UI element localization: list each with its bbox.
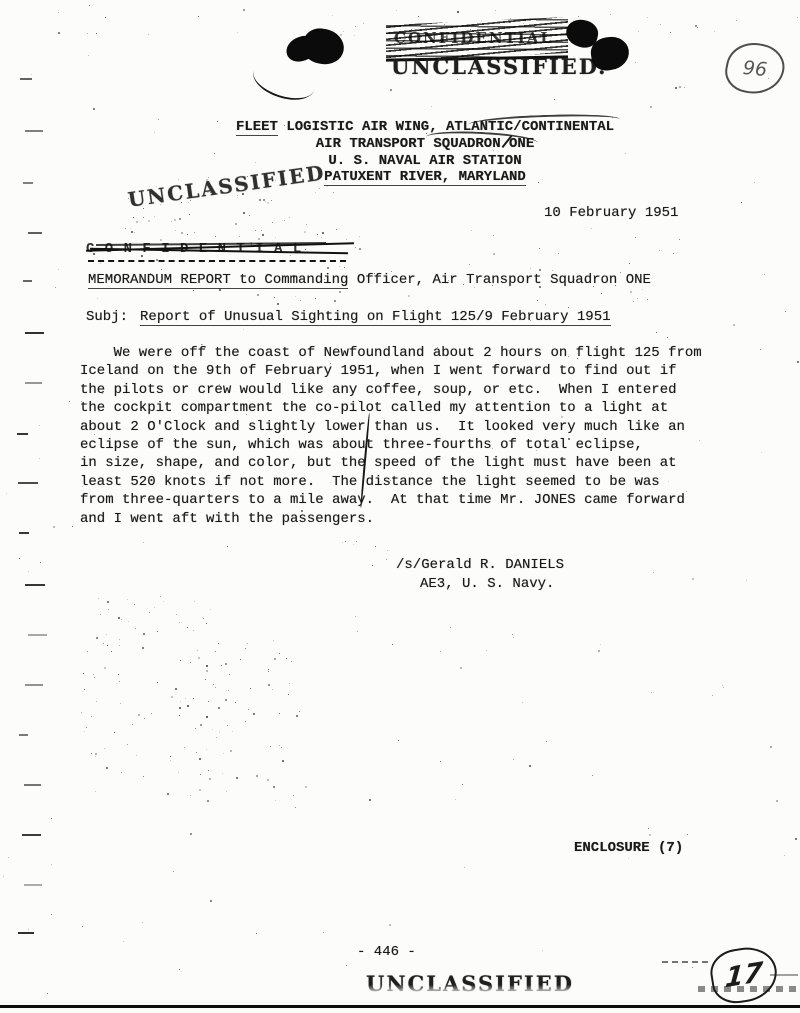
subject-label: Subj:: [86, 309, 128, 325]
scan-noise-speck: [675, 87, 677, 89]
scan-noise-speck: [31, 74, 32, 75]
scan-noise-speck: [633, 301, 634, 302]
scan-noise-speck: [213, 684, 214, 685]
scan-noise-speck: [554, 99, 555, 100]
scan-noise-speck: [243, 212, 245, 214]
scan-noise-speck: [72, 526, 73, 527]
scan-noise-speck: [372, 565, 373, 566]
scan-noise-speck: [281, 747, 282, 748]
handwritten-circle-mark-top: 96: [722, 38, 789, 99]
scan-noise-speck: [235, 702, 236, 703]
scan-noise-speck: [495, 10, 496, 11]
scan-noise-speck: [160, 596, 161, 597]
scan-noise-speck: [628, 858, 629, 859]
scan-noise-speck: [53, 526, 55, 528]
scan-noise-speck: [119, 639, 120, 640]
scan-noise-speck: [512, 634, 513, 635]
scan-noise-speck: [315, 192, 316, 193]
margin-dash: [19, 734, 28, 736]
scan-noise-speck: [123, 941, 124, 942]
margin-dash: [24, 884, 42, 886]
scan-noise-speck: [47, 993, 48, 994]
scan-noise-speck: [206, 749, 207, 750]
scan-noise-speck: [345, 541, 346, 542]
scan-noise-speck: [322, 232, 324, 234]
scan-noise-speck: [355, 26, 356, 27]
scan-noise-speck: [279, 653, 280, 654]
scan-noise-speck: [440, 761, 441, 762]
scan-noise-speck: [486, 650, 487, 651]
scan-noise-speck: [81, 712, 82, 713]
scan-noise-speck: [375, 546, 376, 547]
scan-noise-speck: [539, 248, 540, 249]
scan-noise-speck: [200, 724, 202, 726]
scan-noise-speck: [151, 713, 152, 714]
scan-noise-speck: [660, 24, 661, 25]
scan-noise-speck: [82, 926, 83, 927]
scan-noise-speck: [255, 230, 256, 231]
text-line: in size, shape, and color, but the speed…: [80, 454, 702, 472]
scan-noise-speck: [107, 601, 109, 603]
unclassified-stamp-top: UNCLASSIFIED.: [391, 54, 608, 79]
scan-noise-speck: [190, 795, 191, 796]
scan-noise-speck: [736, 20, 737, 21]
scan-noise-speck: [369, 799, 371, 801]
scan-noise-speck: [218, 643, 219, 644]
scan-noise-speck: [125, 228, 126, 229]
scan-noise-speck: [203, 618, 204, 619]
scan-noise-speck: [58, 12, 59, 13]
scan-noise-speck: [179, 218, 181, 220]
scan-noise-speck: [291, 661, 292, 662]
scan-noise-speck: [210, 900, 212, 902]
scan-noise-speck: [104, 748, 105, 749]
scan-noise-speck: [28, 929, 29, 930]
scan-noise-speck: [100, 614, 101, 615]
scan-noise-speck: [142, 647, 144, 649]
scan-noise-speck: [418, 16, 419, 17]
scan-noise-speck: [339, 291, 341, 293]
scan-noise-speck: [784, 855, 785, 856]
scan-noise-speck: [209, 778, 211, 780]
scan-noise-speck: [179, 622, 180, 623]
scan-noise-speck: [289, 217, 290, 218]
scan-noise-speck: [286, 658, 287, 659]
scan-noise-speck: [273, 640, 274, 641]
scan-noise-speck: [103, 643, 104, 644]
scan-noise-speck: [356, 541, 357, 542]
scan-noise-speck: [692, 967, 693, 968]
scan-noise-speck: [131, 231, 133, 233]
scan-noise-speck: [55, 287, 56, 288]
scan-noise-speck: [578, 16, 579, 17]
scan-noise-speck: [243, 329, 244, 330]
scan-noise-speck: [327, 186, 328, 187]
scan-noise-speck: [128, 621, 129, 622]
scan-noise-speck: [558, 253, 559, 254]
scan-noise-speck: [210, 609, 211, 610]
scan-noise-speck: [257, 294, 259, 296]
margin-dash: [17, 433, 28, 435]
scan-noise-speck: [219, 732, 220, 733]
scan-noise-speck: [687, 834, 688, 835]
scan-noise-speck: [795, 838, 797, 840]
text-line: the pilots or crew would like any coffee…: [80, 381, 702, 399]
scan-noise-speck: [754, 182, 755, 183]
scan-noise-speck: [190, 833, 192, 835]
scan-noise-speck: [387, 550, 388, 551]
scan-noise-speck: [785, 311, 786, 312]
scan-noise-speck: [132, 724, 133, 725]
scan-noise-speck: [187, 627, 188, 628]
ink-smear: [248, 53, 320, 107]
scan-noise-speck: [3, 876, 4, 877]
scan-noise-speck: [83, 673, 84, 674]
letterhead-unit: FLEET: [236, 119, 278, 136]
scan-noise-speck: [546, 741, 547, 742]
scan-noise-speck: [84, 689, 85, 690]
margin-dash: [25, 130, 43, 132]
scan-noise-speck: [513, 637, 514, 638]
scan-noise-speck: [323, 932, 324, 933]
scan-noise-speck: [119, 645, 120, 646]
scan-noise-speck: [248, 709, 249, 710]
scan-noise-speck: [692, 578, 694, 580]
dashed-underline: [88, 260, 346, 262]
scan-noise-speck: [247, 643, 248, 644]
scan-noise-speck: [746, 580, 747, 581]
scan-noise-speck: [195, 728, 196, 729]
margin-dash: [25, 584, 45, 586]
scan-noise-speck: [277, 303, 279, 305]
scan-noise-speck: [176, 614, 177, 615]
scan-noise-speck: [638, 31, 639, 32]
scan-noise-speck: [245, 648, 246, 649]
scan-noise-speck: [648, 828, 649, 829]
scan-noise-speck: [274, 658, 276, 660]
scan-noise-speck: [135, 628, 136, 629]
scan-noise-speck: [261, 230, 262, 231]
scan-noise-speck: [39, 458, 40, 459]
scan-noise-speck: [431, 106, 432, 107]
scan-noise-speck: [256, 933, 257, 934]
scan-noise-speck: [389, 924, 391, 926]
scan-noise-speck: [157, 631, 158, 632]
scan-noise-speck: [649, 834, 651, 836]
scan-noise-speck: [91, 716, 92, 717]
scan-noise-speck: [173, 871, 174, 872]
scan-noise-speck: [259, 199, 261, 201]
scan-noise-speck: [733, 324, 735, 326]
scan-noise-speck: [116, 683, 117, 684]
scan-noise-speck: [659, 250, 660, 251]
scan-noise-speck: [226, 791, 227, 792]
scan-noise-speck: [216, 737, 217, 738]
scan-noise-speck: [229, 674, 230, 675]
scan-noise-speck: [647, 299, 648, 300]
scan-noise-speck: [714, 31, 715, 32]
scan-noise-speck: [179, 715, 180, 716]
scan-noise-speck: [51, 818, 52, 819]
scan-noise-speck: [69, 401, 70, 402]
scan-noise-speck: [770, 746, 772, 748]
scan-noise-speck: [797, 361, 799, 363]
scan-noise-speck: [179, 969, 180, 970]
scan-noise-speck: [359, 236, 360, 237]
scan-noise-speck: [175, 688, 177, 690]
text-line: We were off the coast of Newfoundland ab…: [80, 344, 702, 362]
scan-noise-speck: [221, 665, 222, 666]
scan-noise-speck: [353, 544, 354, 545]
scan-noise-speck: [275, 800, 276, 801]
subject-text: Report of Unusual Sighting on Flight 125…: [140, 309, 610, 326]
signature-line-2: AE3, U. S. Navy.: [420, 575, 554, 593]
scan-noise-speck: [189, 214, 190, 215]
margin-dash: [20, 78, 32, 80]
scan-noise-speck: [28, 571, 29, 572]
scan-noise-speck: [187, 234, 188, 235]
page-number: - 446 -: [357, 943, 416, 961]
scan-noise-speck: [256, 775, 258, 777]
scan-noise-speck: [317, 234, 318, 235]
scan-noise-speck: [306, 224, 307, 225]
scan-noise-speck: [108, 609, 109, 610]
scan-noise-speck: [493, 235, 494, 236]
redacted-confidential-top: CONFIDENTIAL: [386, 21, 568, 57]
subject-line: Subj:Report of Unusual Sighting on Fligh…: [86, 308, 611, 326]
scan-noise-speck: [84, 731, 85, 732]
scan-noise-speck: [158, 119, 159, 120]
text-line: and I went aft with the passengers.: [80, 510, 702, 528]
scan-noise-speck: [343, 31, 344, 32]
scan-noise-speck: [265, 201, 266, 202]
scan-noise-speck: [271, 200, 272, 201]
scan-noise-speck: [167, 793, 169, 795]
scan-noise-speck: [87, 33, 88, 34]
scan-noise-speck: [133, 217, 134, 218]
scan-noise-speck: [171, 696, 173, 698]
document-page: CONFIDENTIAL UNCLASSIFIED. 96 FLEET LOGI…: [0, 0, 800, 1013]
memo-heading-underlined: MEMORANDUM REPORT to Commanding: [88, 272, 348, 289]
scan-noise-speck: [344, 267, 345, 268]
scan-noise-speck: [340, 34, 342, 36]
scan-noise-speck: [118, 617, 120, 619]
scan-noise-speck: [293, 795, 294, 796]
scan-noise-speck: [236, 777, 238, 779]
scan-noise-speck: [471, 230, 472, 231]
scan-noise-speck: [142, 922, 143, 923]
scan-noise-speck: [697, 27, 698, 28]
scan-noise-speck: [154, 607, 155, 608]
scan-noise-speck: [205, 679, 206, 680]
scan-noise-speck: [334, 300, 336, 302]
scan-noise-speck: [284, 220, 285, 221]
scan-noise-speck: [193, 290, 194, 291]
bottom-edge-line: [0, 1005, 800, 1008]
scan-noise-speck: [279, 713, 280, 714]
scan-noise-speck: [629, 263, 630, 264]
scan-noise-speck: [262, 234, 264, 236]
scan-noise-speck: [450, 627, 451, 628]
margin-dash: [28, 634, 47, 636]
scan-noise-speck: [319, 188, 320, 189]
text-line: eclipse of the sun, which was about thre…: [80, 436, 702, 454]
scan-noise-speck: [121, 772, 122, 773]
scan-noise-speck: [170, 760, 171, 761]
scan-noise-speck: [218, 707, 220, 709]
margin-dash: [28, 232, 42, 234]
scan-noise-speck: [175, 230, 176, 231]
scan-noise-speck: [267, 779, 269, 781]
scan-noise-speck: [339, 266, 340, 267]
margin-dash: [18, 932, 34, 934]
scan-noise-speck: [190, 662, 191, 663]
scan-noise-speck: [148, 220, 150, 222]
scan-noise-speck: [225, 699, 227, 701]
scan-noise-speck: [119, 681, 120, 682]
scan-noise-speck: [143, 633, 145, 635]
scan-noise-speck: [267, 202, 269, 204]
scan-noise-speck: [268, 669, 269, 670]
handwritten-circle-mark-bottom: 17: [707, 943, 781, 1007]
scan-noise-speck: [97, 298, 98, 299]
scan-noise-speck: [279, 745, 280, 746]
scan-noise-speck: [181, 232, 183, 234]
scan-noise-speck: [93, 674, 94, 675]
scan-noise-speck: [184, 747, 185, 748]
scan-noise-speck: [270, 746, 271, 747]
scan-noise-speck: [114, 732, 115, 733]
scan-noise-speck: [215, 687, 216, 688]
scan-noise-speck: [598, 650, 600, 652]
scan-noise-speck: [712, 695, 713, 696]
scan-noise-speck: [212, 729, 213, 730]
scan-noise-speck: [8, 857, 9, 858]
scan-noise-speck: [354, 35, 355, 36]
scan-noise-speck: [6, 493, 7, 494]
scan-noise-speck: [94, 677, 95, 678]
scan-noise-speck: [289, 683, 290, 684]
scan-noise-speck: [219, 289, 221, 291]
scan-noise-speck: [513, 759, 514, 760]
scan-noise-speck: [136, 755, 137, 756]
letterhead-line-3: U. S. NAVAL AIR STATION: [185, 153, 665, 170]
scan-noise-speck: [215, 236, 216, 237]
scan-noise-speck: [722, 685, 723, 686]
scan-noise-speck: [392, 644, 393, 645]
scan-noise-speck: [386, 559, 387, 560]
scan-noise-speck: [227, 725, 228, 726]
scan-noise-speck: [161, 269, 162, 270]
scan-noise-speck: [104, 667, 106, 669]
scan-noise-speck: [107, 645, 108, 646]
scan-noise-speck: [230, 750, 232, 752]
text-line: least 520 knots if not more. The distanc…: [80, 473, 702, 491]
scan-noise-speck: [193, 630, 194, 631]
scan-noise-speck: [143, 542, 144, 543]
scan-noise-speck: [600, 644, 601, 645]
scan-noise-speck: [206, 623, 207, 624]
margin-dash: [25, 684, 43, 686]
scan-noise-speck: [679, 239, 680, 240]
scan-noise-speck: [630, 291, 632, 293]
scan-noise-speck: [493, 253, 495, 255]
scan-noise-speck: [457, 12, 458, 13]
handwritten-number: 96: [742, 56, 768, 80]
memo-heading-rest: Officer, Air Transport Squadron ONE: [348, 272, 650, 288]
scan-noise-speck: [199, 758, 201, 760]
scan-noise-speck: [390, 89, 392, 91]
scan-noise-speck: [206, 670, 208, 672]
scan-noise-speck: [194, 232, 195, 233]
scan-noise-speck: [105, 17, 106, 18]
scan-noise-speck: [87, 651, 88, 652]
scan-noise-speck: [333, 192, 334, 193]
scan-noise-speck: [684, 87, 685, 88]
scan-noise-speck: [776, 800, 778, 802]
scan-noise-speck: [455, 799, 456, 800]
scan-noise-speck: [299, 711, 300, 712]
scan-noise-speck: [163, 601, 164, 602]
scan-noise-speck: [89, 5, 90, 6]
scan-noise-speck: [635, 237, 636, 238]
scan-noise-speck: [149, 612, 150, 613]
scan-noise-speck: [295, 296, 296, 297]
scan-noise-speck: [250, 688, 251, 689]
scan-noise-speck: [86, 727, 87, 728]
scan-noise-speck: [398, 740, 399, 741]
scan-noise-speck: [208, 701, 209, 702]
scan-noise-speck: [764, 274, 765, 275]
scan-noise-speck: [268, 684, 270, 686]
scan-noise-speck: [144, 718, 145, 719]
margin-dash: [23, 182, 33, 184]
scan-noise-speck: [237, 32, 238, 33]
scan-noise-speck: [198, 16, 199, 17]
scan-noise-speck: [332, 15, 333, 16]
scan-noise-speck: [200, 774, 201, 775]
scan-noise-speck: [198, 657, 200, 659]
scan-noise-speck: [235, 223, 237, 225]
scan-noise-speck: [253, 713, 255, 715]
scan-noise-speck: [408, 295, 410, 297]
scan-noise-speck: [288, 694, 289, 695]
scan-noise-speck: [157, 682, 158, 683]
scan-noise-speck: [263, 199, 265, 201]
scan-noise-speck: [197, 650, 198, 651]
scan-noise-speck: [469, 264, 470, 265]
scan-noise-speck: [272, 222, 273, 223]
scan-noise-speck: [460, 667, 462, 669]
date: 10 February 1951: [544, 204, 678, 222]
scan-noise-speck: [667, 337, 668, 338]
scan-noise-speck: [208, 770, 209, 771]
scan-noise-speck: [127, 744, 128, 745]
scan-noise-speck: [249, 215, 250, 216]
scan-noise-speck: [127, 599, 128, 600]
scan-noise-speck: [274, 297, 275, 298]
scan-noise-speck: [363, 23, 364, 24]
scan-noise-speck: [304, 231, 306, 233]
scan-noise-speck: [51, 864, 52, 865]
scan-noise-speck: [121, 619, 122, 620]
text-line: the cockpit compartment the co-pilot cal…: [80, 399, 702, 417]
scan-noise-speck: [592, 775, 593, 776]
faint-dash-marks: [662, 961, 708, 963]
scan-noise-speck: [91, 753, 92, 754]
scan-noise-speck: [761, 452, 762, 453]
scan-noise-speck: [180, 660, 181, 661]
